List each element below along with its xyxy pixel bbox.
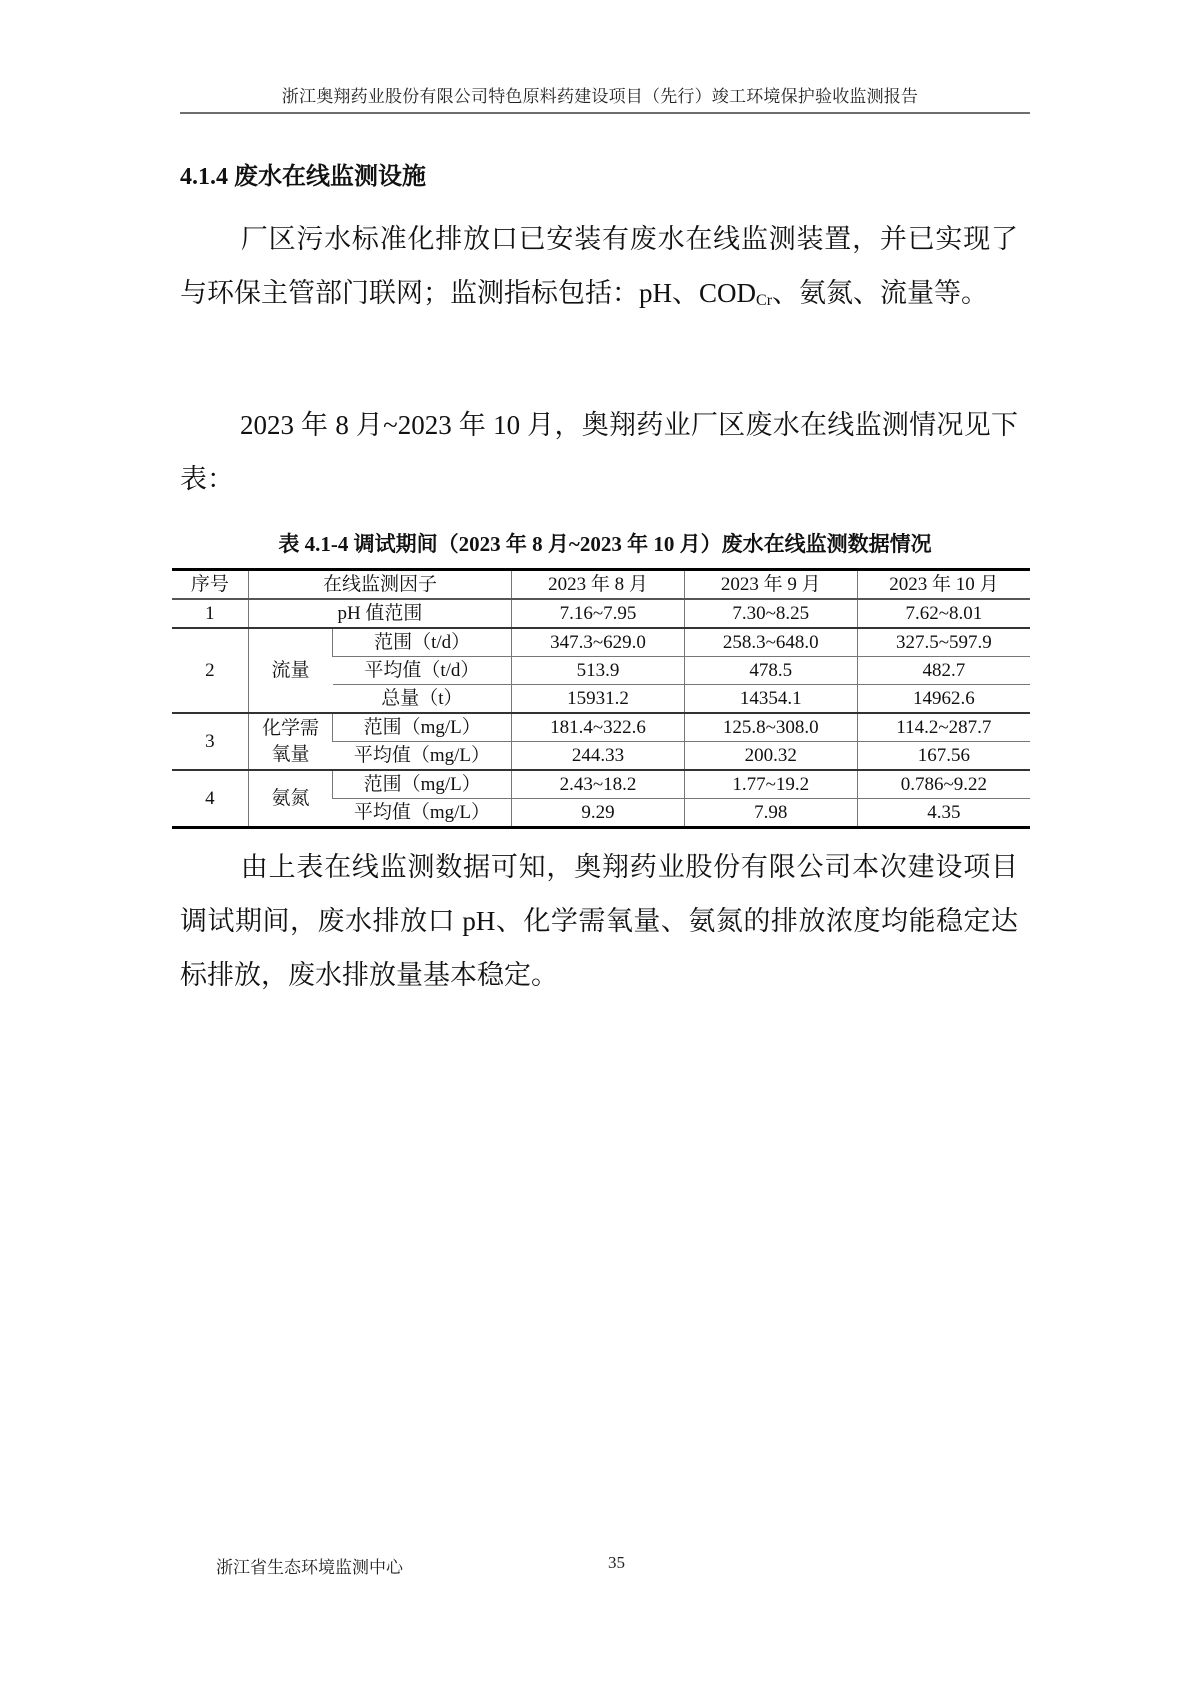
paragraph-text: 2023 年 8 月~2023 年 10 月，奥翔药业厂区废水在线监测情况见下表… — [180, 410, 1018, 494]
cell-sep: 478.5 — [684, 657, 857, 685]
table-row: 1 pH 值范围 7.16~7.95 7.30~8.25 7.62~8.01 — [172, 599, 1030, 628]
header-oct: 2023 年 10 月 — [857, 570, 1030, 600]
cell-sep: 7.30~8.25 — [684, 599, 857, 628]
table-caption: 表 4.1-4 调试期间（2023 年 8 月~2023 年 10 月）废水在线… — [180, 528, 1030, 558]
cell-sep: 258.3~648.0 — [684, 628, 857, 657]
cell-sep: 125.8~308.0 — [684, 713, 857, 742]
cell-oct: 167.56 — [857, 742, 1030, 771]
page-number: 35 — [608, 1553, 625, 1573]
paragraph-monitoring-facility: 厂区污水标准化排放口已安装有废水在线监测装置，并已实现了与环保主管部门联网；监测… — [180, 212, 1018, 328]
cell-aug: 244.33 — [512, 742, 685, 771]
header-sep: 2023 年 9 月 — [684, 570, 857, 600]
cell-factor: 流量 — [248, 628, 332, 713]
cell-no: 1 — [172, 599, 248, 628]
factor-line: 氧量 — [249, 742, 332, 768]
paragraph-text: 由上表在线监测数据可知，奥翔药业股份有限公司本次建设项目调试期间，废水排放口 p… — [180, 852, 1018, 990]
cell-oct: 14962.6 — [857, 685, 1030, 714]
table-row: 2 流量 范围（t/d） 347.3~629.0 258.3~648.0 327… — [172, 628, 1030, 657]
header-no: 序号 — [172, 570, 248, 600]
table-header-row: 序号 在线监测因子 2023 年 8 月 2023 年 9 月 2023 年 1… — [172, 570, 1030, 600]
cell-no: 4 — [172, 770, 248, 828]
header-aug: 2023 年 8 月 — [512, 570, 685, 600]
cell-aug: 15931.2 — [512, 685, 685, 714]
cell-oct: 7.62~8.01 — [857, 599, 1030, 628]
subscript-cr: Cr — [756, 292, 772, 309]
cell-sep: 14354.1 — [684, 685, 857, 714]
online-monitoring-table: 序号 在线监测因子 2023 年 8 月 2023 年 9 月 2023 年 1… — [172, 568, 1030, 829]
footer-organization: 浙江省生态环境监测中心 — [216, 1553, 403, 1578]
header-divider — [180, 112, 1030, 114]
section-heading: 4.1.4 废水在线监测设施 — [180, 156, 426, 191]
cell-subfactor: 范围（mg/L） — [333, 713, 512, 742]
cell-factor: pH 值范围 — [248, 599, 511, 628]
cell-aug: 513.9 — [512, 657, 685, 685]
cell-oct: 482.7 — [857, 657, 1030, 685]
cell-aug: 347.3~629.0 — [512, 628, 685, 657]
header-factor: 在线监测因子 — [248, 570, 511, 600]
cell-oct: 114.2~287.7 — [857, 713, 1030, 742]
cell-subfactor: 总量（t） — [333, 685, 512, 714]
cell-sep: 1.77~19.2 — [684, 770, 857, 799]
cell-sep: 200.32 — [684, 742, 857, 771]
cell-factor: 氨氮 — [248, 770, 332, 828]
cell-subfactor: 平均值（mg/L） — [333, 742, 512, 771]
cell-aug: 2.43~18.2 — [512, 770, 685, 799]
table-row: 3 化学需氧量 范围（mg/L） 181.4~322.6 125.8~308.0… — [172, 713, 1030, 742]
cell-oct: 0.786~9.22 — [857, 770, 1030, 799]
cell-subfactor: 平均值（t/d） — [333, 657, 512, 685]
cell-no: 3 — [172, 713, 248, 770]
cell-aug: 7.16~7.95 — [512, 599, 685, 628]
running-header: 浙江奥翔药业股份有限公司特色原料药建设项目（先行）竣工环境保护验收监测报告 — [180, 82, 1020, 107]
paragraph-conclusion: 由上表在线监测数据可知，奥翔药业股份有限公司本次建设项目调试期间，废水排放口 p… — [180, 840, 1018, 1002]
table-row: 4 氨氮 范围（mg/L） 2.43~18.2 1.77~19.2 0.786~… — [172, 770, 1030, 799]
factor-line: 化学需 — [249, 716, 332, 742]
cell-aug: 9.29 — [512, 799, 685, 828]
cell-aug: 181.4~322.6 — [512, 713, 685, 742]
cell-no: 2 — [172, 628, 248, 713]
cell-subfactor: 范围（t/d） — [333, 628, 512, 657]
paragraph-monitoring-period: 2023 年 8 月~2023 年 10 月，奥翔药业厂区废水在线监测情况见下表… — [180, 398, 1018, 506]
cell-subfactor: 范围（mg/L） — [333, 770, 512, 799]
paragraph-text: 、氨氮、流量等。 — [772, 278, 988, 308]
cell-factor: 化学需氧量 — [248, 713, 332, 770]
cell-subfactor: 平均值（mg/L） — [333, 799, 512, 828]
cell-oct: 4.35 — [857, 799, 1030, 828]
cell-oct: 327.5~597.9 — [857, 628, 1030, 657]
cell-sep: 7.98 — [684, 799, 857, 828]
